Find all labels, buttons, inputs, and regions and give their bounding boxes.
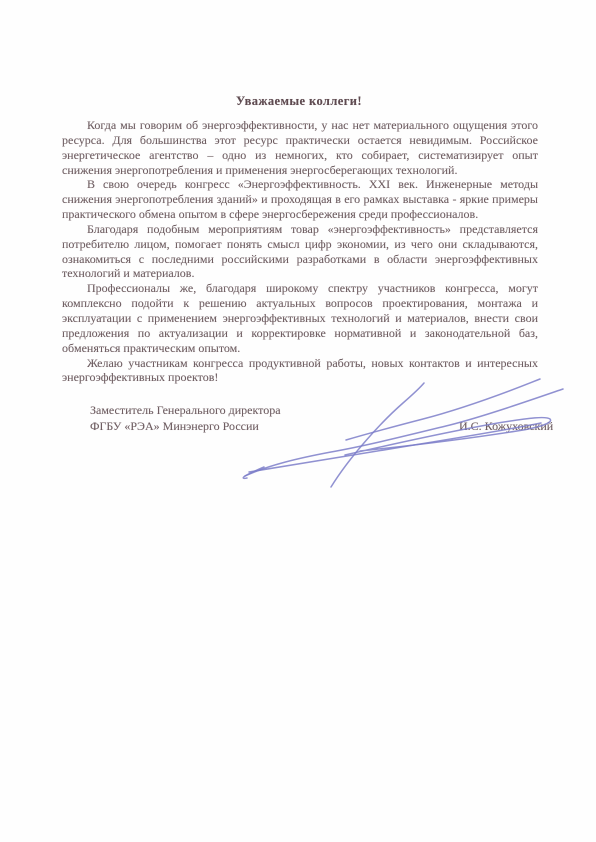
- signatory-title-line2: ФГБУ «РЭА» Минэнерго России: [90, 419, 281, 435]
- letter-paragraph: Профессионалы же, благодаря широкому спе…: [62, 281, 538, 355]
- signatory-name: И.С. Кожуховский: [459, 419, 553, 434]
- letter-body: Когда мы говорим об энергоэффективности,…: [62, 118, 538, 385]
- letter-paragraph: Желаю участникам конгресса продуктивной …: [62, 356, 538, 386]
- signatory-title-line1: Заместитель Генерального директора: [90, 403, 281, 419]
- letter-paragraph: Когда мы говорим об энергоэффективности,…: [62, 118, 538, 177]
- letter-paragraph: В свою очередь конгресс «Энергоэффективн…: [62, 177, 538, 222]
- signatory-title-block: Заместитель Генерального директора ФГБУ …: [90, 403, 281, 434]
- letter-heading: Уважаемые коллеги!: [61, 94, 537, 109]
- scanned-letter-page: Уважаемые коллеги! Когда мы говорим об э…: [0, 0, 596, 842]
- letter-paragraph: Благодаря подобным мероприятиям товар «э…: [62, 222, 538, 281]
